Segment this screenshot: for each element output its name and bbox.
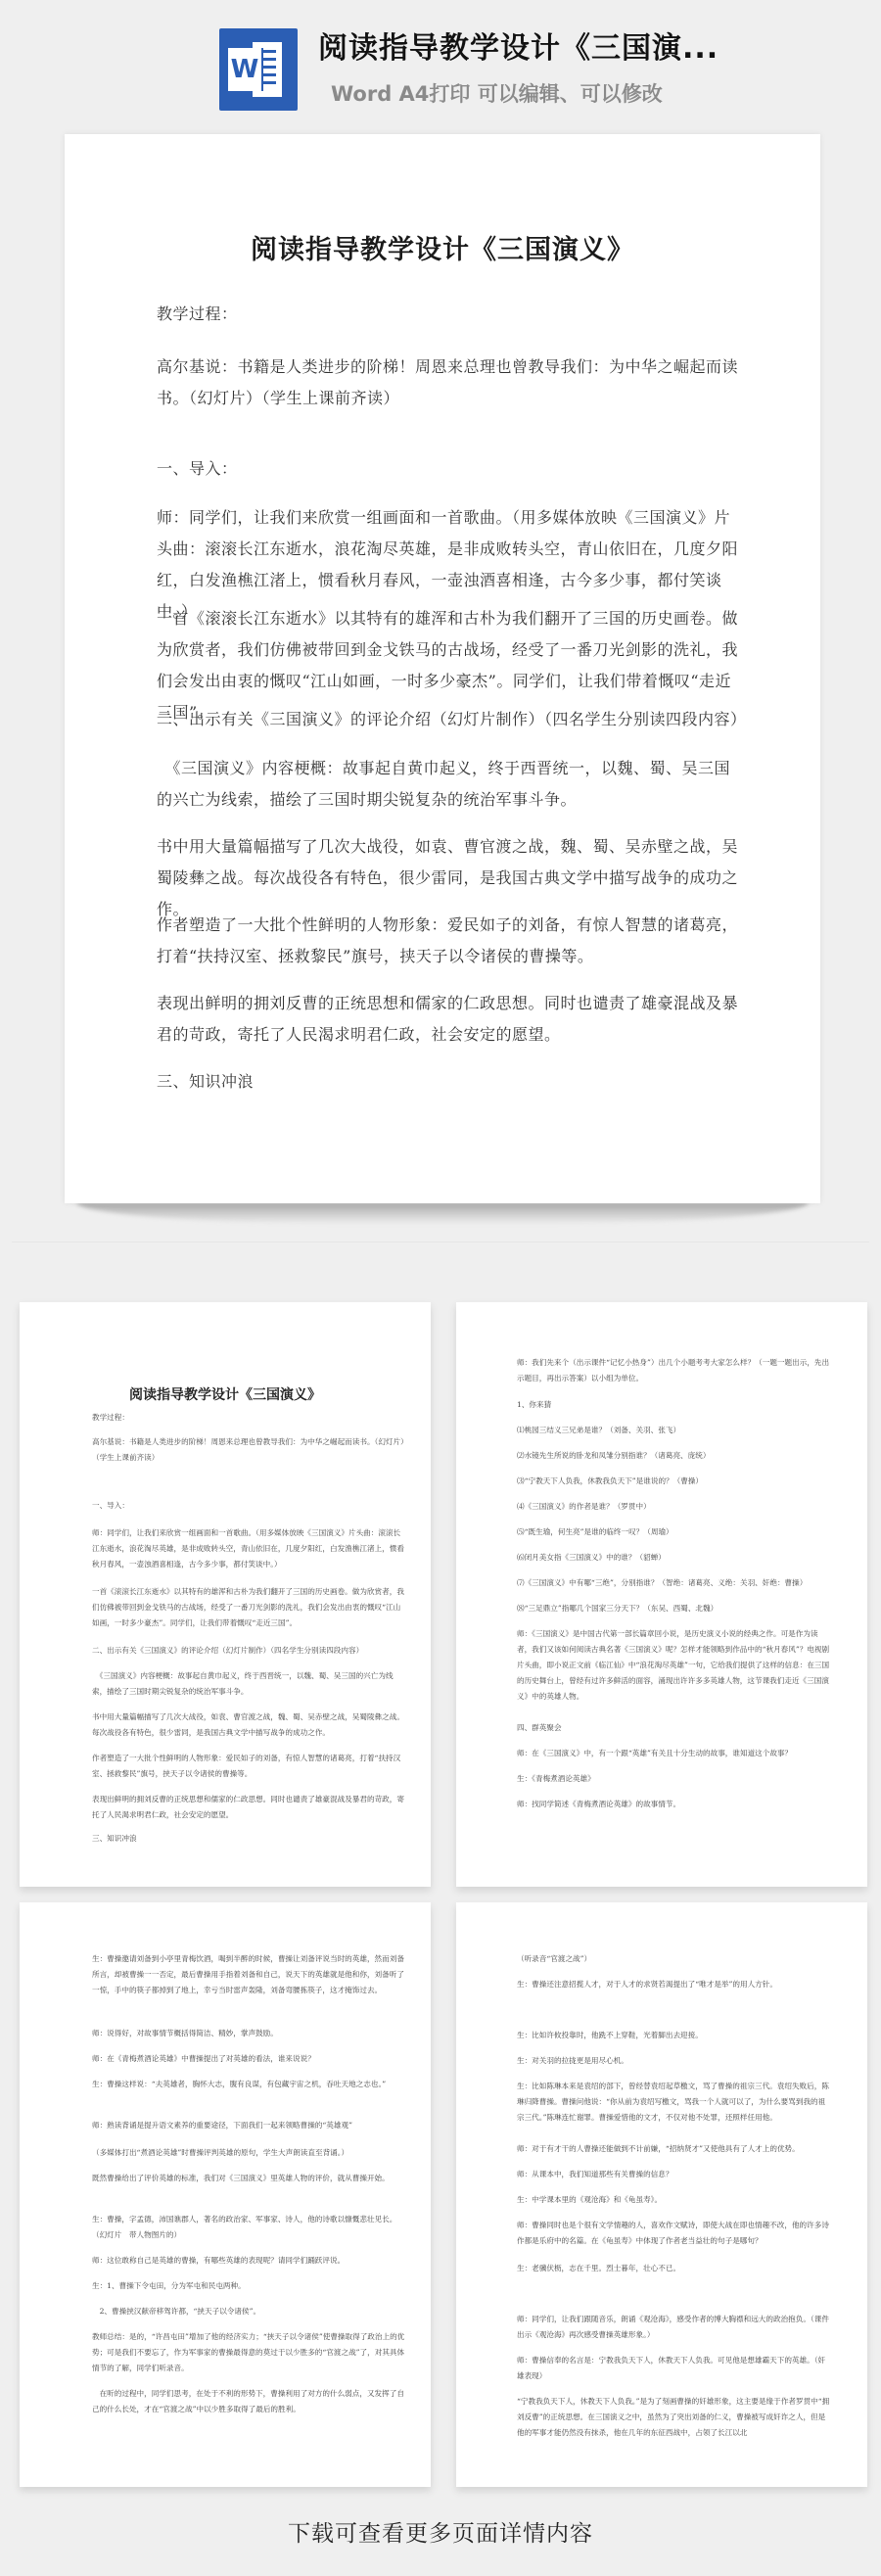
thumb-paragraph: 师：《三国演义》是中国古代第一部长篇章回小说，是历史演义小说的经典之作。可是作为… xyxy=(517,1626,832,1705)
header: W 阅读指导教学设计《三国演... Word A4打印 可以编辑、可以修改 xyxy=(0,0,881,122)
thumb-paragraph: 生：对关羽的拉拢更是用尽心机。 xyxy=(517,2053,832,2069)
thumb-paragraph: （听录音“官渡之战”） xyxy=(517,1951,832,1967)
thumb-paragraph: ⑶“宁教天下人负我，休教我负天下”是谁说的？（曹操） xyxy=(517,1474,832,1489)
thumb-paragraph: 生：《青梅煮酒论英雄》 xyxy=(517,1771,832,1787)
thumb-paragraph: 生：1、曹操下令屯田，分为军屯和民屯两种。 xyxy=(92,2278,405,2294)
thumb-paragraph: 教学过程： xyxy=(92,1410,405,1426)
page-shadow xyxy=(76,1202,809,1224)
section-heading: 二、出示有关《三国演义》的评论介绍（幻灯片制作）（四名学生分别读四段内容） xyxy=(157,704,744,735)
thumb-paragraph: 二、出示有关《三国演义》的评论介绍（幻灯片制作）（四名学生分别读四段内容） xyxy=(92,1643,405,1659)
download-more-link[interactable]: 下载可查看更多页面详情内容 xyxy=(0,2515,881,2548)
section-heading: 三、知识冲浪 xyxy=(157,1066,744,1098)
main-page-preview: 阅读指导教学设计《三国演义》 教学过程： 高尔基说：书籍是人类进步的阶梯！周恩来… xyxy=(65,134,820,1203)
thumb-paragraph: 生：中学课本里的《观沧海》和《龟虽寿》。 xyxy=(517,2192,832,2208)
thumbnail-page-1[interactable]: 阅读指导教学设计《三国演义》 教学过程： 高尔基说：书籍是人类进步的阶梯！周恩来… xyxy=(20,1302,431,1887)
thumb-paragraph: 生：比如许攸投靠时，他跣不上穿鞋，光着脚出去迎接。 xyxy=(517,2028,832,2043)
divider xyxy=(12,1241,869,1242)
paragraph: 高尔基说：书籍是人类进步的阶梯！周恩来总理也曾教导我们：为中华之崛起而读书。（幻… xyxy=(157,351,744,414)
thumb-paragraph: 既然曹操给出了评价英雄的标准，我们对《三国演义》里英雄人物的评价，就从曹操开始。 xyxy=(92,2171,405,2186)
thumb-paragraph: 四、群英聚会 xyxy=(517,1720,832,1736)
paragraph: 表现出鲜明的拥刘反曹的正统思想和儒家的仁政思想。同时也谴责了雄豪混战及暴君的苛政… xyxy=(157,988,744,1051)
thumb-paragraph: 师：曹操信奉的名言是：宁教我负天下人，休教天下人负我。可见他是想雄霸天下的英雄。… xyxy=(517,2353,832,2384)
thumb-paragraph: 师：在《三国演义》中，有一个跟“英雄”有关且十分生动的故事，谁知道这个故事？ xyxy=(517,1746,832,1761)
thumb-paragraph: 师：同学们，让我们来欣赏一组画面和一首歌曲。（用多媒体放映《三国演义》片头曲：滚… xyxy=(92,1525,405,1572)
thumb-paragraph: 生：曹操还注意招揽人才，对于人才的求贤若渴提出了“唯才是举”的用人方针。 xyxy=(517,1977,832,1992)
thumb-paragraph: 生：曹操邀请刘备到小亭里青梅饮酒，喝到半醉的时候，曹操让刘备评说当时的英雄，然而… xyxy=(92,1951,405,1998)
section-heading: 一、导入： xyxy=(157,453,744,485)
thumb-paragraph: 师：说得好，对故事情节概括得简洁、精妙，掌声鼓励。 xyxy=(92,2026,405,2041)
document-subtitle: Word A4打印 可以编辑、可以修改 xyxy=(331,78,663,108)
thumb-paragraph: 生：曹操这样说：“夫英雄者，胸怀大志，腹有良谋，有包藏宇宙之机，吞吐天地之志也。… xyxy=(92,2077,405,2092)
thumb-paragraph: 一、导入： xyxy=(92,1498,405,1514)
thumb-paragraph: 师：从课本中，我们知道那些有关曹操的信息？ xyxy=(517,2167,832,2182)
thumb-paragraph: 师：熟读背诵是提升语文素养的重要途径，下面我们一起来领略曹操的“英雄观” xyxy=(92,2118,405,2133)
thumb-paragraph: 在听的过程中，同学们思考，在处于不利的形势下，曹操利用了对方的什么弱点，又发挥了… xyxy=(92,2386,405,2417)
thumb-paragraph: 生：比如陈琳本来是袁绍的部下，曾经替袁绍起草檄文，骂了曹操的祖宗三代。袁绍失败后… xyxy=(517,2079,832,2126)
thumb-paragraph: 师：找同学简述《青梅煮酒论英雄》的故事情节。 xyxy=(517,1797,832,1812)
thumbnail-title: 阅读指导教学设计《三国演义》 xyxy=(20,1384,431,1404)
thumb-paragraph: ⑴桃园三结义三兄弟是谁？（刘备、关羽、张飞） xyxy=(517,1423,832,1438)
thumb-paragraph: 一首《滚滚长江东逝水》以其特有的雄浑和古朴为我们翻开了三国的历史画卷。做为欣赏者… xyxy=(92,1584,405,1631)
thumbnail-page-4[interactable]: （听录音“官渡之战”） 生：曹操还注意招揽人才，对于人才的求贤若渴提出了“唯才是… xyxy=(456,1902,867,2487)
thumb-paragraph: “宁教我负天下人，休教天下人负我。”是为了刻画曹操的奸雄形象，这主要是缘于作者罗… xyxy=(517,2394,832,2441)
thumb-paragraph: 生：老骥伏枥，志在千里。烈士暮年，壮心不已。 xyxy=(517,2261,832,2276)
thumb-paragraph: 教师总结：是的，“许昌屯田”增加了他的经济实力；“挟天子以令诸侯”使曹操取得了政… xyxy=(92,2329,405,2376)
thumb-paragraph: 书中用大量篇幅描写了几次大战役，如袁、曹官渡之战，魏、蜀、吴赤壁之战，吴蜀陵彝之… xyxy=(92,1710,405,1741)
paragraph: 《三国演义》内容梗概：故事起自黄巾起义，终于西晋统一，以魏、蜀、吴三国的兴亡为线… xyxy=(157,753,744,816)
thumb-paragraph: 师：对于有才干的人曹操还能做到不计前嫌，“招纳贤才”又使他具有了人才上的优势。 xyxy=(517,2141,832,2157)
thumb-paragraph: 师：曹操同时也是个很有文学情趣的人，喜欢作文赋诗，即使大战在即也情趣不改，他的许… xyxy=(517,2218,832,2249)
thumb-paragraph: 师：同学们，让我们跟随音乐，朗诵《观沧海》，感受作者的博大胸襟和远大的政治抱负。… xyxy=(517,2312,832,2343)
thumb-paragraph: ⑺《三国演义》中有哪“三绝”，分别指谁？（智绝：诸葛亮、义绝：关羽、奸绝：曹操） xyxy=(517,1575,832,1591)
thumb-paragraph: 三、知识冲浪 xyxy=(92,1831,405,1847)
thumbnail-page-3[interactable]: 生：曹操邀请刘备到小亭里青梅饮酒，喝到半醉的时候，曹操让刘备评说当时的英雄，然而… xyxy=(20,1902,431,2487)
thumb-paragraph: ⑸“既生瑜，何生亮”是谁的临终一叹？（周瑜） xyxy=(517,1524,832,1540)
thumb-paragraph: （多媒体打出“煮酒论英雄”时曹操评判英雄的原句，学生大声朗读直至背诵。） xyxy=(92,2145,405,2161)
thumb-paragraph: ⑻“三足鼎立”指哪几个国家三分天下？（东吴、西蜀、北魏） xyxy=(517,1601,832,1616)
thumb-paragraph: 师：在《青梅煮酒论英雄》中曹操提出了对英雄的看法，谁来说说？ xyxy=(92,2051,405,2067)
main-page-title: 阅读指导教学设计《三国演义》 xyxy=(65,228,820,266)
w-letter: W xyxy=(228,48,261,91)
paragraph: 教学过程： xyxy=(157,299,744,330)
thumb-paragraph: ⑹闭月美女指《三国演义》中的谁？（貂蝉） xyxy=(517,1550,832,1566)
thumb-paragraph: 作者塑造了一大批个性鲜明的人物形象：爱民如子的刘备，有惊人智慧的诸葛亮，打着“扶… xyxy=(92,1751,405,1782)
thumb-paragraph: 《三国演义》内容梗概：故事起自黄巾起义，终于西晋统一，以魏、蜀、吴三国的兴亡为线… xyxy=(92,1668,405,1700)
thumb-paragraph: 高尔基说：书籍是人类进步的阶梯！周恩来总理也曾教导我们：为中华之崛起而读书。（幻… xyxy=(92,1434,405,1466)
thumbnail-page-2[interactable]: 师：我们先来个（出示课件“记忆小热身”）出几个小题考考大家怎么样？（一题一题出示… xyxy=(456,1302,867,1887)
thumb-paragraph: ⑵水镜先生所说的卧龙和凤雏分别指谁？（诸葛亮、庞统） xyxy=(517,1448,832,1464)
document-title: 阅读指导教学设计《三国演... xyxy=(318,23,719,67)
thumb-paragraph: 师：这位敢称自己是英雄的曹操，有哪些英雄的表现呢？请同学们踊跃评说。 xyxy=(92,2253,405,2269)
thumb-paragraph: ⑷《三国演义》的作者是谁？（罗贯中） xyxy=(517,1499,832,1515)
thumb-paragraph: 师：我们先来个（出示课件“记忆小热身”）出几个小题考考大家怎么样？（一题一题出示… xyxy=(517,1355,832,1386)
thumb-paragraph: 生：曹操，字孟德，沛国谯郡人，著名的政治家、军事家、诗人，他的诗歌以慷慨悲壮见长… xyxy=(92,2212,405,2243)
paragraph: 作者塑造了一大批个性鲜明的人物形象：爱民如子的刘备，有惊人智慧的诸葛亮，打着“扶… xyxy=(157,910,744,972)
thumb-paragraph: 1、你来猜 xyxy=(517,1397,832,1413)
word-document-icon: W xyxy=(219,28,298,111)
thumb-paragraph: 表现出鲜明的拥刘反曹的正统思想和儒家的仁政思想。同时也谴责了雄豪混战及暴君的苛政… xyxy=(92,1792,405,1823)
thumb-paragraph: 2、曹操挟汉献帝移驾许都，“挟天子以令诸侯”。 xyxy=(92,2304,405,2319)
